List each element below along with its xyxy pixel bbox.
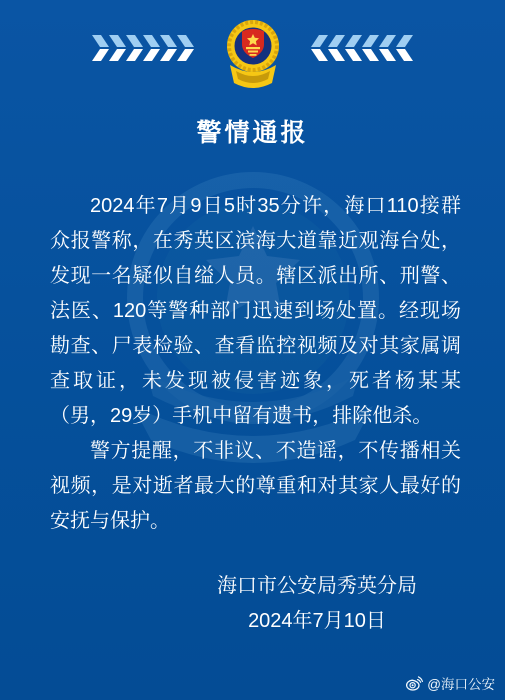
- police-notice-poster: 警情通报 2024年7月9日5时35分许，海口110接群众报警称，在秀英区滨海大…: [0, 0, 505, 700]
- weibo-watermark: @海口公安: [406, 673, 495, 693]
- notice-body: 2024年7月9日5时35分许，海口110接群众报警称，在秀英区滨海大道靠近观海…: [0, 189, 505, 539]
- weibo-handle: @海口公安: [427, 673, 495, 693]
- signature-agency: 海口市公安局秀英分局: [217, 569, 417, 604]
- weibo-eye-icon: [406, 676, 423, 691]
- header: [0, 0, 505, 97]
- signature-block: 海口市公安局秀英分局 2024年7月10日: [0, 569, 505, 639]
- police-badge-icon: [222, 15, 284, 93]
- body-paragraph-2: 警方提醒，不非议、不造谣，不传播相关视频，是对逝者最大的尊重和对其家人最好的安抚…: [50, 434, 461, 539]
- body-paragraph-1: 2024年7月9日5时35分许，海口110接群众报警称，在秀英区滨海大道靠近观海…: [50, 189, 461, 434]
- page-title: 警情通报: [0, 113, 505, 149]
- left-chevrons-icon: [92, 35, 194, 61]
- right-chevrons-icon: [311, 35, 413, 61]
- signature-date: 2024年7月10日: [217, 604, 417, 639]
